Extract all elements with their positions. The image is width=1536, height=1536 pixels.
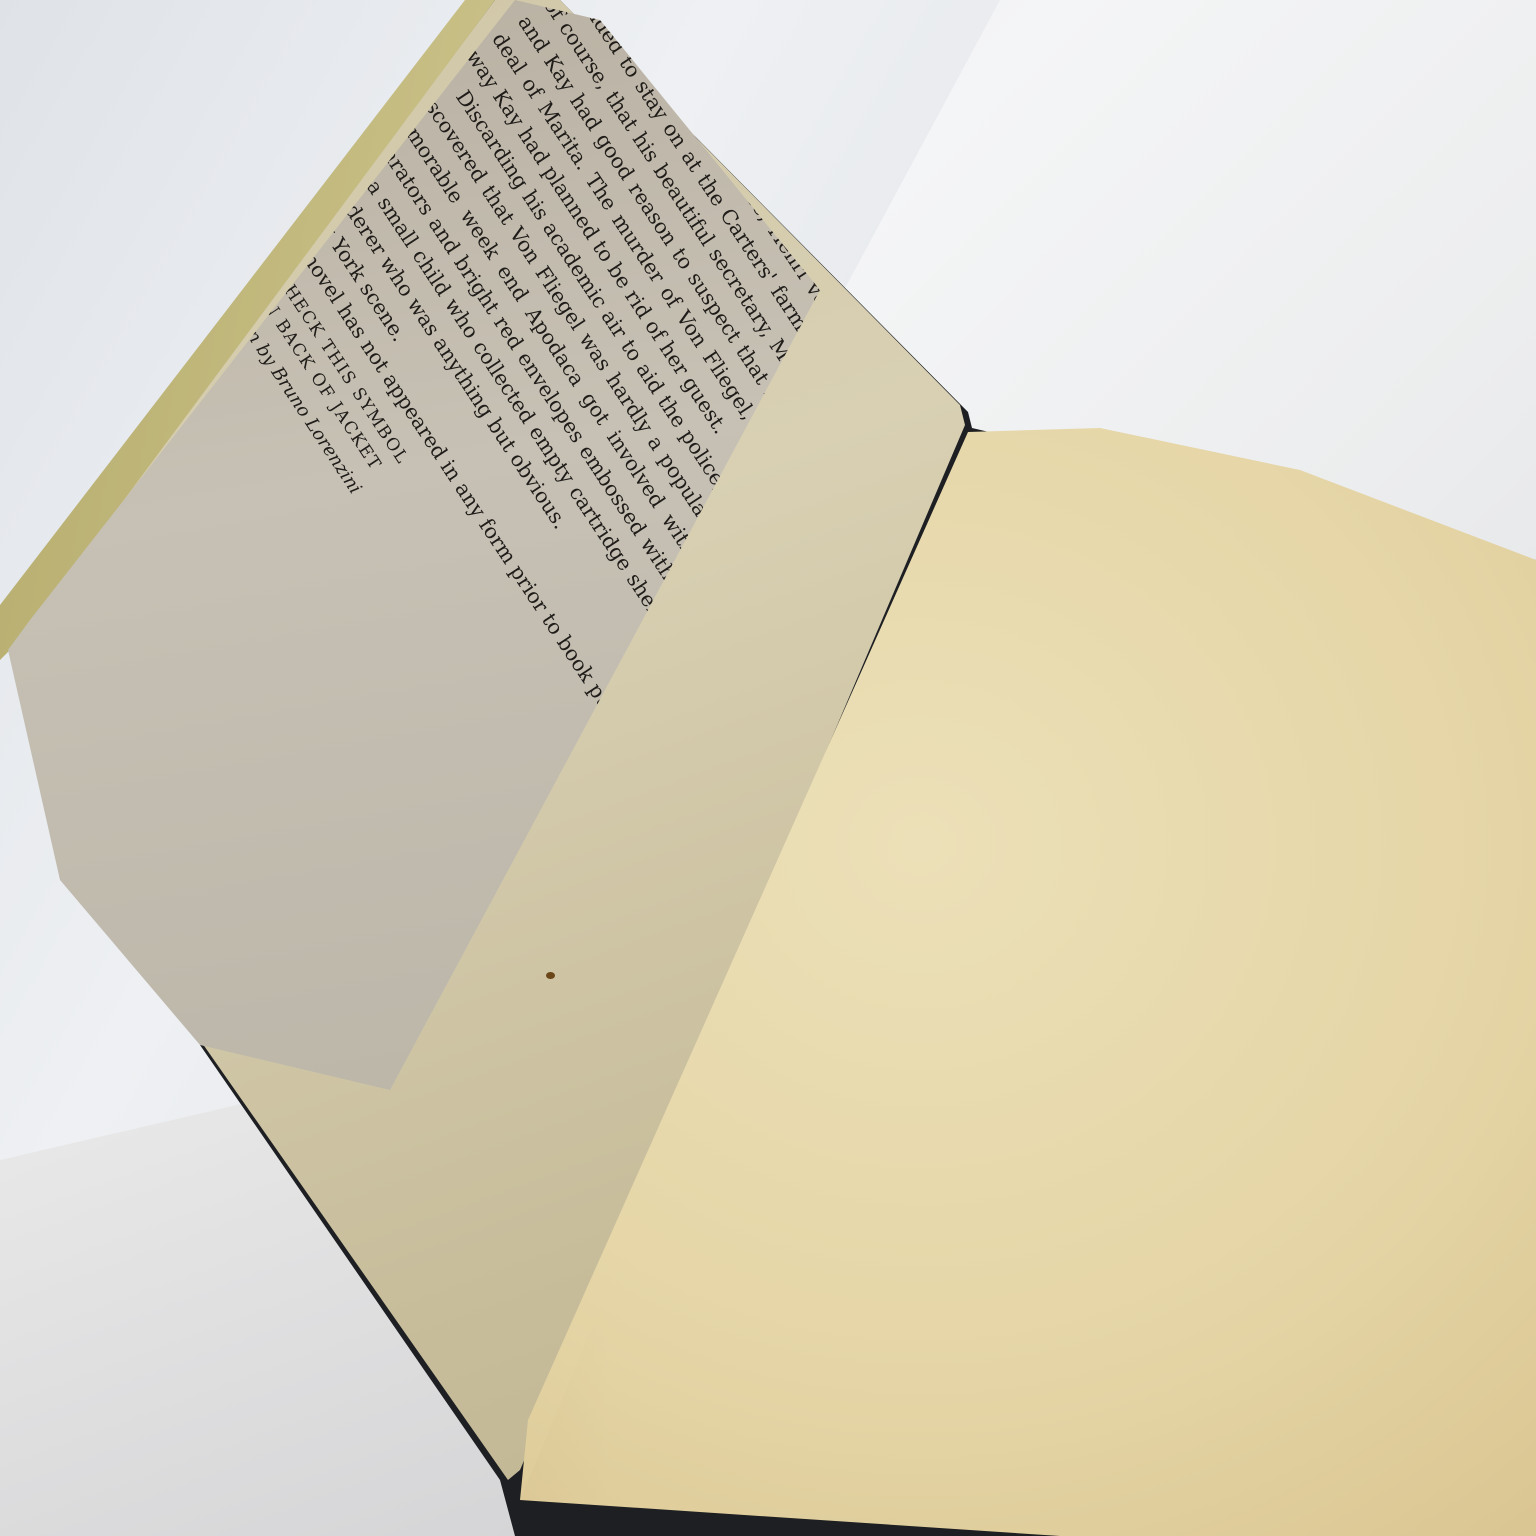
- foxing-spot: [546, 972, 555, 979]
